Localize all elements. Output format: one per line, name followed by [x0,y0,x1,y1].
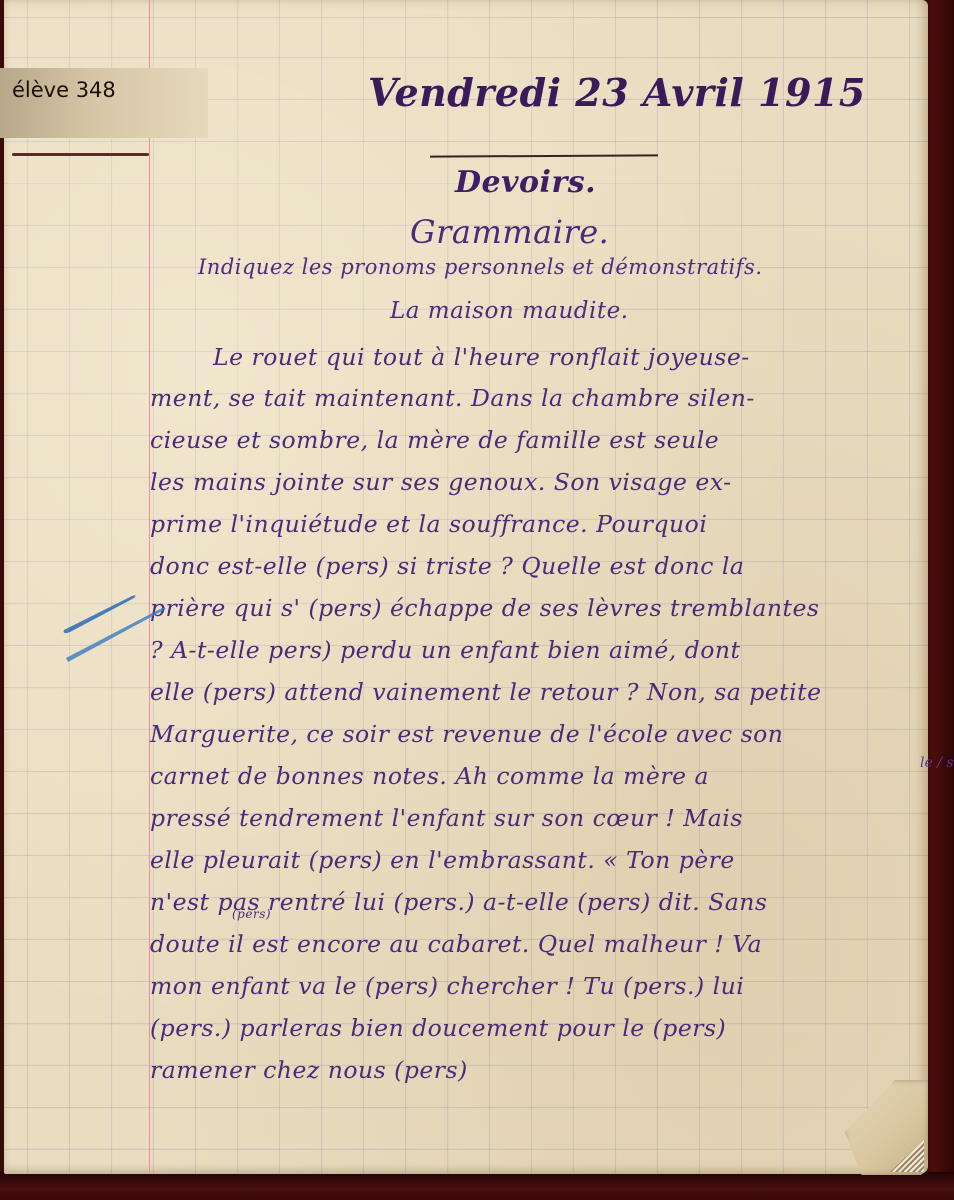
homework-title: Devoirs. [455,165,596,200]
body-line: ? A-t-elle pers) perdu un enfant bien ai… [150,636,740,664]
student-label: élève 348 [0,68,208,138]
body-line: cieuse et sombre, la mère de famille est… [150,426,719,454]
body-line: les mains jointe sur ses genoux. Son vis… [150,468,732,496]
body-line: Marguerite, ce soir est revenue de l'éco… [150,720,783,748]
body-line: prière qui s' (pers) échappe de ses lèvr… [150,594,819,622]
body-line: ment, se tait maintenant. Dans la chambr… [150,384,755,412]
date-heading: Vendredi 23 Avril 1915 [368,70,866,115]
body-line: donc est-elle (pers) si triste ? Quelle … [150,552,744,580]
interlinear-note: (pers) [232,907,271,921]
subject-title: Grammaire. [410,213,609,251]
body-line: doute il est encore au cabaret. Quel mal… [150,930,762,958]
body-line: elle pleurait (pers) en l'embrassant. « … [150,846,735,874]
student-label-text: élève 348 [12,78,116,102]
body-line: pressé tendrement l'enfant sur son cœur … [150,804,743,832]
background-bottom-edge [0,1172,954,1200]
body-line: elle (pers) attend vainement le retour ?… [150,678,822,706]
text-title: La maison maudite. [390,298,629,324]
body-line: ramener chez nous (pers) [150,1056,468,1084]
body-line: carnet de bonnes notes. Ah comme la mère… [150,762,709,790]
teacher-check-mark-icon [58,580,178,670]
edge-scribble: le / s [920,755,954,771]
margin-rule [12,153,149,156]
body-line: mon enfant va le (pers) chercher ! Tu (p… [150,972,744,1000]
body-line: Le rouet qui tout à l'heure ronflait joy… [213,343,750,371]
body-line: prime l'inquiétude et la souffrance. Pou… [150,510,707,538]
body-line: (pers.) parleras bien doucement pour le … [150,1014,726,1042]
exercise-instruction: Indiquez les pronoms personnels et démon… [198,255,763,279]
